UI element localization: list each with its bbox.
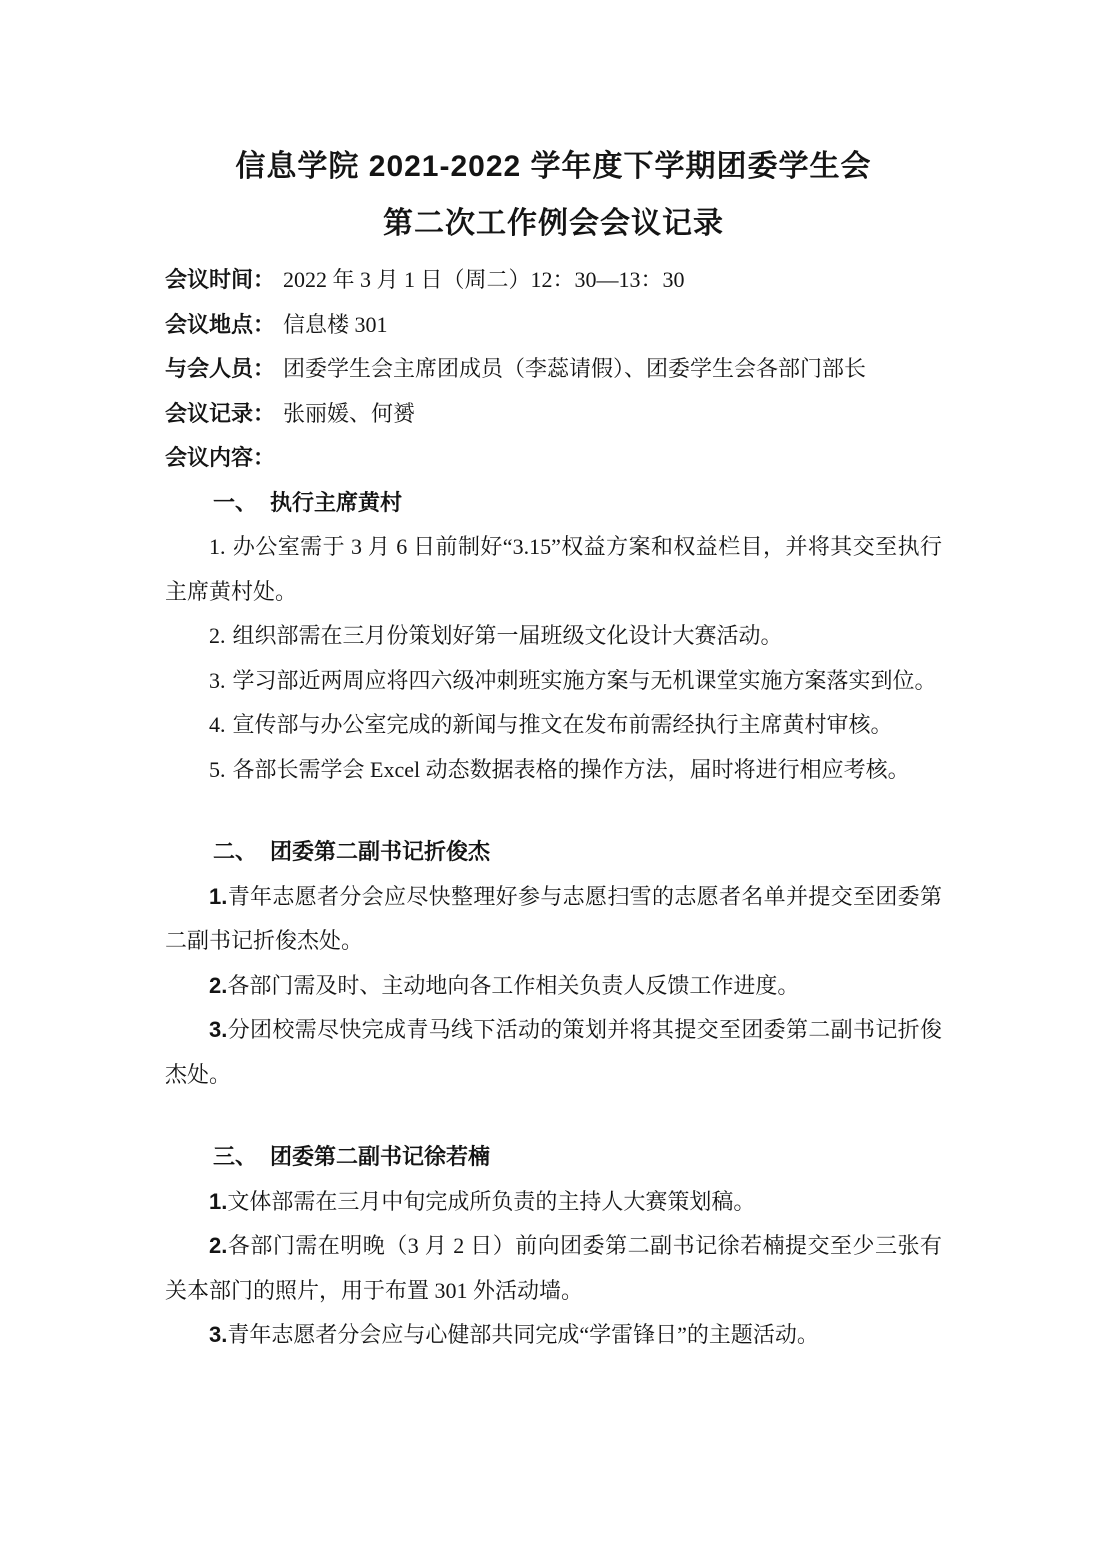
item-text: 分团校需尽快完成青马线下活动的策划并将其提交至团委第二副书记折俊杰处。 — [165, 1017, 942, 1087]
list-item: 3.分团校需尽快完成青马线下活动的策划并将其提交至团委第二副书记折俊杰处。 — [165, 1008, 942, 1097]
section-number-1: 一、 — [213, 490, 257, 515]
content-label: 会议内容： — [165, 436, 942, 481]
section-second-deputy-secretary-zhe: 二、团委第二副书记折俊杰 1.青年志愿者分会应尽快整理好参与志愿扫雪的志愿者名单… — [165, 830, 942, 1097]
meta-row-recorders: 会议记录：张丽媛、何赟 — [165, 392, 942, 437]
item-text: 办公室需于 3 月 6 日前制好“3.15”权益方案和权益栏目，并将其交至执行主… — [165, 534, 942, 604]
item-text: 学习部近两周应将四六级冲刺班实施方案与无机课堂实施方案落实到位。 — [233, 668, 937, 693]
item-number: 3. — [209, 1017, 227, 1042]
item-text: 各部长需学会 Excel 动态数据表格的操作方法，届时将进行相应考核。 — [233, 757, 910, 782]
list-item: 3.青年志愿者分会应与心健部共同完成“学雷锋日”的主题活动。 — [165, 1313, 942, 1358]
meta-row-location: 会议地点：信息楼 301 — [165, 303, 942, 348]
section-heading-3: 三、团委第二副书记徐若楠 — [165, 1135, 942, 1180]
list-item: 3.学习部近两周应将四六级冲刺班实施方案与无机课堂实施方案落实到位。 — [165, 659, 942, 704]
section-title-2: 团委第二副书记折俊杰 — [270, 839, 490, 864]
list-item: 1.文体部需在三月中旬完成所负责的主持人大赛策划稿。 — [165, 1180, 942, 1225]
section-title-1: 执行主席黄村 — [270, 490, 402, 515]
meta-label-location: 会议地点： — [165, 312, 275, 337]
document-title-line1: 信息学院 2021-2022 学年度下学期团委学生会 — [165, 138, 942, 195]
meta-value-location: 信息楼 301 — [283, 312, 388, 337]
item-text: 宣传部与办公室完成的新闻与推文在发布前需经执行主席黄村审核。 — [233, 712, 893, 737]
meta-value-time: 2022 年 3 月 1 日（周二）12：30—13：30 — [283, 267, 685, 292]
list-item: 2.各部门需在明晚（3 月 2 日）前向团委第二副书记徐若楠提交至少三张有关本部… — [165, 1224, 942, 1313]
document-title-line2: 第二次工作例会会议记录 — [165, 195, 942, 252]
item-number: 4. — [209, 712, 226, 737]
list-item: 1.青年志愿者分会应尽快整理好参与志愿扫雪的志愿者名单并提交至团委第二副书记折俊… — [165, 875, 942, 964]
section-second-deputy-secretary-xu: 三、团委第二副书记徐若楠 1.文体部需在三月中旬完成所负责的主持人大赛策划稿。 … — [165, 1135, 942, 1358]
section-executive-chair: 一、执行主席黄村 1.办公室需于 3 月 6 日前制好“3.15”权益方案和权益… — [165, 481, 942, 793]
item-text: 青年志愿者分会应尽快整理好参与志愿扫雪的志愿者名单并提交至团委第二副书记折俊杰处… — [165, 884, 942, 954]
list-item: 4.宣传部与办公室完成的新闻与推文在发布前需经执行主席黄村审核。 — [165, 703, 942, 748]
meta-label-time: 会议时间： — [165, 267, 275, 292]
item-number: 2. — [209, 1233, 227, 1258]
section-heading-2: 二、团委第二副书记折俊杰 — [165, 830, 942, 875]
item-number: 3. — [209, 1322, 227, 1347]
item-text: 各部门需及时、主动地向各工作相关负责人反馈工作进度。 — [227, 973, 799, 998]
item-number: 5. — [209, 757, 226, 782]
item-number: 2. — [209, 623, 226, 648]
list-item: 2.各部门需及时、主动地向各工作相关负责人反馈工作进度。 — [165, 964, 942, 1009]
item-text: 文体部需在三月中旬完成所负责的主持人大赛策划稿。 — [227, 1189, 755, 1214]
meta-label-attendees: 与会人员： — [165, 356, 275, 381]
section-number-3: 三、 — [213, 1144, 257, 1169]
item-text: 组织部需在三月份策划好第一届班级文化设计大赛活动。 — [233, 623, 783, 648]
section-title-3: 团委第二副书记徐若楠 — [270, 1144, 490, 1169]
meta-value-attendees: 团委学生会主席团成员（李蕊请假）、团委学生会各部门部长 — [283, 356, 866, 381]
meeting-meta: 会议时间：2022 年 3 月 1 日（周二）12：30—13：30 会议地点：… — [165, 258, 942, 481]
item-number: 3. — [209, 668, 226, 693]
list-item: 1.办公室需于 3 月 6 日前制好“3.15”权益方案和权益栏目，并将其交至执… — [165, 525, 942, 614]
list-item: 2.组织部需在三月份策划好第一届班级文化设计大赛活动。 — [165, 614, 942, 659]
item-text: 各部门需在明晚（3 月 2 日）前向团委第二副书记徐若楠提交至少三张有关本部门的… — [165, 1233, 942, 1303]
section-heading-1: 一、执行主席黄村 — [165, 481, 942, 526]
item-number: 1. — [209, 884, 227, 909]
list-item: 5.各部长需学会 Excel 动态数据表格的操作方法，届时将进行相应考核。 — [165, 748, 942, 793]
item-number: 1. — [209, 534, 226, 559]
item-text: 青年志愿者分会应与心健部共同完成“学雷锋日”的主题活动。 — [227, 1322, 819, 1347]
document-title: 信息学院 2021-2022 学年度下学期团委学生会 第二次工作例会会议记录 — [165, 138, 942, 252]
meta-row-time: 会议时间：2022 年 3 月 1 日（周二）12：30—13：30 — [165, 258, 942, 303]
meta-label-recorders: 会议记录： — [165, 401, 275, 426]
meta-row-attendees: 与会人员：团委学生会主席团成员（李蕊请假）、团委学生会各部门部长 — [165, 347, 942, 392]
item-number: 1. — [209, 1189, 227, 1214]
item-number: 2. — [209, 973, 227, 998]
section-number-2: 二、 — [213, 839, 257, 864]
meta-value-recorders: 张丽媛、何赟 — [283, 401, 415, 426]
document-page: 信息学院 2021-2022 学年度下学期团委学生会 第二次工作例会会议记录 会… — [0, 0, 1102, 1559]
